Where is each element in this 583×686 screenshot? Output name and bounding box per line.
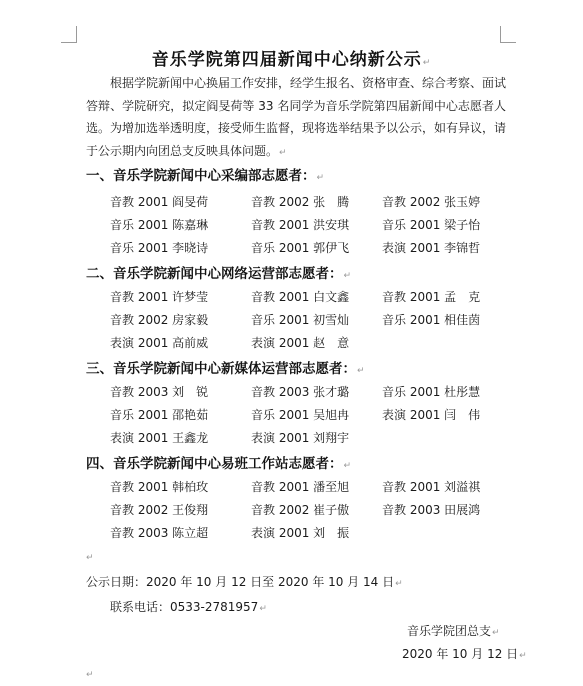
volunteer-name: 音乐 2001 梁子怡 xyxy=(382,216,480,233)
volunteer-name: 音教 2001 潘至旭 xyxy=(251,478,349,495)
intro-paragraph: 根据学院新闻中心换届工作安排，经学生报名、资格审查、综合考察、面试答辩、学院研究… xyxy=(86,72,506,164)
volunteer-name: 音教 2001 韩柏玫 xyxy=(110,478,208,495)
publicity-period-text: 公示日期：2020 年 10 月 12 日至 2020 年 10 月 14 日 xyxy=(86,575,394,589)
section-heading-editorial: 一、音乐学院新闻中心采编部志愿者：↵ xyxy=(86,164,324,184)
volunteer-name: 音教 2001 许梦莹 xyxy=(110,288,208,305)
volunteer-name: 表演 2001 高前威 xyxy=(110,334,208,351)
volunteer-name: 音教 2002 王俊翔 xyxy=(110,501,208,518)
volunteer-name: 音教 2003 田展鸿 xyxy=(382,501,480,518)
volunteer-name: 音教 2002 张玉婷 xyxy=(382,193,480,210)
name-row: 表演 2001 高前威 表演 2001 赵 意 xyxy=(110,334,530,354)
paragraph-mark-icon: ↵ xyxy=(86,670,94,680)
section-heading-text: 四、音乐学院新闻中心易班工作站志愿者： xyxy=(86,456,343,472)
paragraph-mark-icon: ↵ xyxy=(492,628,500,638)
volunteer-name: 音教 2001 刘溢祺 xyxy=(382,478,480,495)
name-row: 音教 2001 许梦莹 音教 2001 白文鑫 音教 2001 孟 克 xyxy=(110,288,530,308)
volunteer-name: 音教 2003 张才璐 xyxy=(251,383,349,400)
paragraph-mark-icon: ↵ xyxy=(395,579,403,589)
document-page: 音乐学院第四届新闻中心纳新公示↵ 根据学院新闻中心换届工作安排，经学生报名、资格… xyxy=(0,0,583,686)
paragraph-mark-icon: ↵ xyxy=(259,604,267,614)
name-row: 音乐 2001 李晓诗 音乐 2001 郭伊飞 表演 2001 李锦哲 xyxy=(110,239,530,259)
signature-date-text: 2020 年 10 月 12 日 xyxy=(402,647,518,661)
volunteer-name: 音教 2003 刘 锐 xyxy=(110,383,208,400)
name-row: 音教 2002 王俊翔 音教 2002 崔子傲 音教 2003 田展鸿 xyxy=(110,501,530,521)
volunteer-name: 音乐 2001 陈嘉琳 xyxy=(110,216,208,233)
volunteer-name: 音教 2001 孟 克 xyxy=(382,288,480,305)
signature-date: 2020 年 10 月 12 日↵ xyxy=(402,645,527,662)
volunteer-name: 音教 2002 崔子傲 xyxy=(251,501,349,518)
name-row: 音教 2002 房家毅 音乐 2001 初雪灿 音乐 2001 相佳茵 xyxy=(110,311,530,331)
volunteer-name: 表演 2001 王鑫龙 xyxy=(110,429,208,446)
intro-text: 根据学院新闻中心换届工作安排，经学生报名、资格审查、综合考察、面试答辩、学院研究… xyxy=(86,76,506,158)
document-title: 音乐学院第四届新闻中心纳新公示↵ xyxy=(0,45,583,70)
volunteer-name: 音教 2002 房家毅 xyxy=(110,311,208,328)
volunteer-name: 音教 2001 洪安琪 xyxy=(251,216,349,233)
section-heading-text: 一、音乐学院新闻中心采编部志愿者： xyxy=(86,168,316,184)
volunteer-name: 表演 2001 闫 伟 xyxy=(382,406,480,423)
volunteer-name: 音教 2001 白文鑫 xyxy=(251,288,349,305)
volunteer-name: 音乐 2001 邵艳茹 xyxy=(110,406,208,423)
volunteer-name: 表演 2001 赵 意 xyxy=(251,334,349,351)
volunteer-name: 表演 2001 刘翔宇 xyxy=(251,429,349,446)
signature-org-text: 音乐学院团总支 xyxy=(407,624,491,638)
paragraph-mark-icon: ↵ xyxy=(317,173,325,183)
volunteer-name: 表演 2001 刘 振 xyxy=(251,524,349,541)
publicity-period: 公示日期：2020 年 10 月 12 日至 2020 年 10 月 14 日↵ xyxy=(86,573,403,590)
volunteer-name: 音乐 2001 吴旭冉 xyxy=(251,406,349,423)
page-corner-mark-top-left xyxy=(61,26,77,43)
name-row: 音教 2003 刘 锐 音教 2003 张才璐 音乐 2001 杜彤慧 xyxy=(110,383,530,403)
name-row: 音教 2001 韩柏玫 音教 2001 潘至旭 音教 2001 刘溢祺 xyxy=(110,478,530,498)
contact-phone: 联系电话：0533-2781957↵ xyxy=(110,598,267,615)
volunteer-name: 音乐 2001 郭伊飞 xyxy=(251,239,349,256)
paragraph-mark-icon: ↵ xyxy=(279,148,287,158)
paragraph-mark-icon: ↵ xyxy=(423,58,432,68)
volunteer-name: 音教 2001 阎旻荷 xyxy=(110,193,208,210)
volunteer-name: 音乐 2001 初雪灿 xyxy=(251,311,349,328)
section-heading-yiban-station: 四、音乐学院新闻中心易班工作站志愿者：↵ xyxy=(86,452,351,472)
section-heading-text: 三、音乐学院新闻中心新媒体运营部志愿者： xyxy=(86,361,356,377)
signature-org: 音乐学院团总支↵ xyxy=(407,622,500,639)
paragraph-mark-icon: ↵ xyxy=(357,366,365,376)
volunteer-name: 音教 2002 张 腾 xyxy=(251,193,349,210)
name-row: 音教 2003 陈立超 表演 2001 刘 振 xyxy=(110,524,530,544)
name-row: 音教 2001 阎旻荷 音教 2002 张 腾 音教 2002 张玉婷 xyxy=(110,193,530,213)
paragraph-mark-icon: ↵ xyxy=(519,651,527,661)
paragraph-mark-icon: ↵ xyxy=(344,271,352,281)
paragraph-mark-icon: ↵ xyxy=(344,461,352,471)
volunteer-name: 音教 2003 陈立超 xyxy=(110,524,208,541)
volunteer-name: 音乐 2001 李晓诗 xyxy=(110,239,208,256)
name-row: 音乐 2001 陈嘉琳 音教 2001 洪安琪 音乐 2001 梁子怡 xyxy=(110,216,530,236)
page-corner-mark-top-right xyxy=(500,26,516,43)
contact-phone-text: 联系电话：0533-2781957 xyxy=(110,600,258,614)
volunteer-name: 表演 2001 李锦哲 xyxy=(382,239,480,256)
document-title-text: 音乐学院第四届新闻中心纳新公示 xyxy=(152,50,422,70)
name-row: 音乐 2001 邵艳茹 音乐 2001 吴旭冉 表演 2001 闫 伟 xyxy=(110,406,530,426)
section-heading-network-ops: 二、音乐学院新闻中心网络运营部志愿者：↵ xyxy=(86,262,351,282)
section-heading-new-media: 三、音乐学院新闻中心新媒体运营部志愿者：↵ xyxy=(86,357,365,377)
volunteer-name: 音乐 2001 杜彤慧 xyxy=(382,383,480,400)
volunteer-name: 音乐 2001 相佳茵 xyxy=(382,311,480,328)
name-row: 表演 2001 王鑫龙 表演 2001 刘翔宇 xyxy=(110,429,530,449)
paragraph-mark-icon: ↵ xyxy=(86,553,94,563)
section-heading-text: 二、音乐学院新闻中心网络运营部志愿者： xyxy=(86,266,343,282)
